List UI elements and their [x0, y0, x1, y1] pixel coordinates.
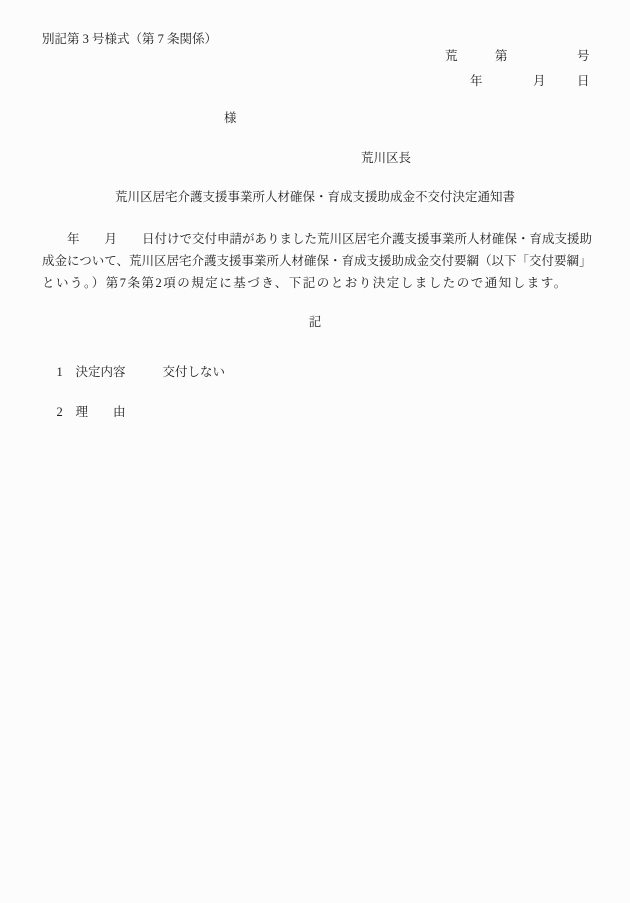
document-page: 別記第 3 号様式（第 7 条関係） 荒 第 号 年 月 日 様 荒川区長 荒川… — [0, 0, 630, 903]
list-item-reason: 2理 由 — [44, 393, 163, 431]
doc-number-go: 号 — [577, 50, 590, 63]
body-paragraph-line: 年 月 日付けで交付申請がありました荒川区居宅介護支援事業所人材確保・育成支援助 — [42, 233, 592, 246]
list-item-decision: 1決定内容交付しない — [44, 353, 225, 391]
body-paragraph-line: 成金について、荒川区居宅介護支援事業所人材確保・育成支援助成金交付要綱（以下「交… — [42, 255, 592, 268]
form-reference: 別記第 3 号様式（第 7 条関係） — [42, 33, 217, 46]
ki-marker: 記 — [0, 316, 630, 329]
addressee-honorific: 様 — [224, 112, 237, 125]
date-month-label: 月 — [533, 75, 546, 88]
item-value: 交付しない — [163, 365, 226, 379]
item-number: 2 — [57, 406, 76, 419]
sender-title: 荒川区長 — [361, 152, 411, 165]
date-day-label: 日 — [577, 75, 590, 88]
doc-number-prefix: 荒 — [445, 50, 458, 63]
item-label: 理 由 — [76, 405, 126, 419]
doc-number-dai: 第 — [495, 50, 508, 63]
item-label: 決定内容 — [76, 365, 126, 379]
document-title: 荒川区居宅介護支援事業所人材確保・育成支援助成金不交付決定通知書 — [0, 191, 630, 204]
item-number: 1 — [57, 366, 76, 379]
body-paragraph-line: という。）第7条第2項の規定に基づき、下記のとおり決定しましたので通知します。 — [42, 277, 568, 290]
date-year-label: 年 — [470, 75, 483, 88]
